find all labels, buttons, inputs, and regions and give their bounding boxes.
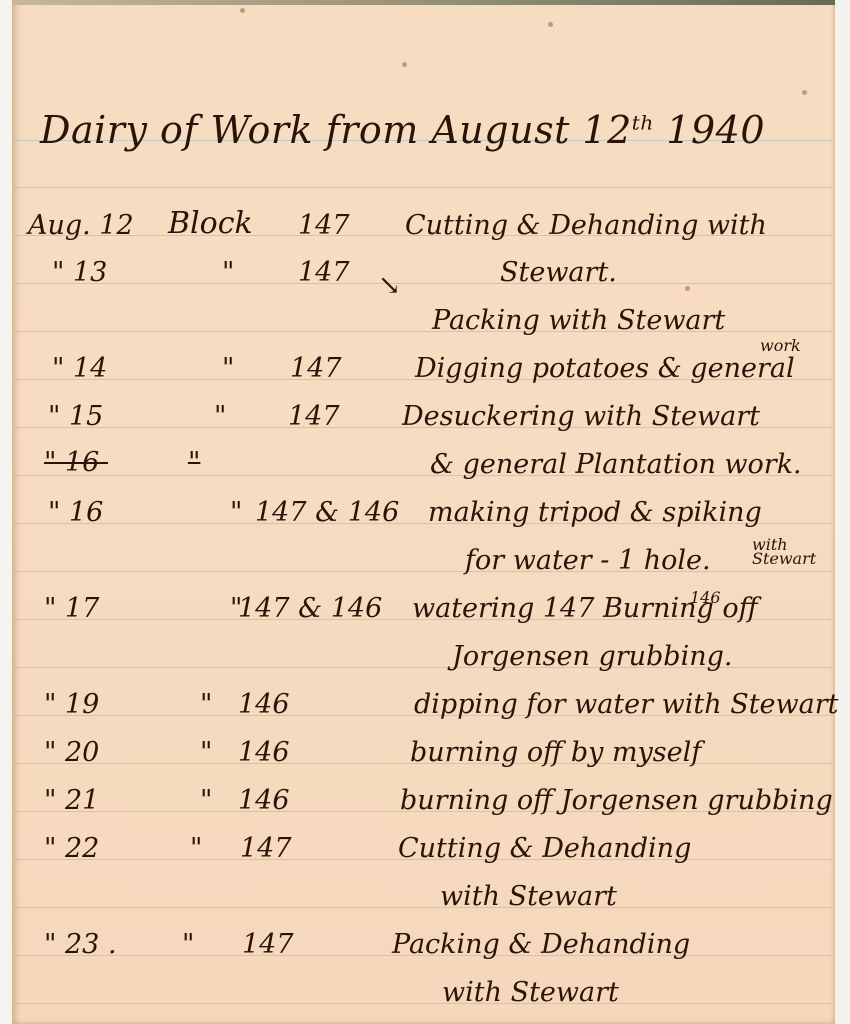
entry-block: 147 & 146 <box>238 593 382 624</box>
entry-date: " 22 <box>44 833 99 864</box>
ditto-mark: " <box>188 447 200 478</box>
entry-text: Packing & Dehanding <box>392 929 690 960</box>
entry-block: 146 <box>238 737 290 768</box>
scan-margin <box>835 0 850 1024</box>
struck-entry: " 16 " <box>44 447 220 478</box>
ruled-line <box>14 283 832 284</box>
ruled-line <box>14 1003 832 1004</box>
entry-date: Aug. 12 <box>28 210 134 241</box>
stain-spot <box>402 62 407 67</box>
entry-date: " 21 <box>44 785 99 816</box>
entry-date: " 17 <box>44 593 99 624</box>
entry-date: " 23 . <box>44 929 117 960</box>
ruled-line <box>14 187 832 188</box>
entry-block: 146 <box>238 689 290 720</box>
arrow-icon: ↘ <box>378 270 401 301</box>
entry-text: making tripod & spiking <box>428 497 762 528</box>
entry-block: 147 <box>242 929 294 960</box>
entry-date: " 16 <box>48 497 103 528</box>
entry-text: with Stewart <box>442 977 619 1008</box>
entry-text: Cutting & Dehanding <box>398 833 691 864</box>
entry-text: Cutting & Dehanding with <box>405 210 767 241</box>
entry-text: Digging potatoes & general <box>415 353 795 384</box>
ditto-mark: " <box>190 833 202 864</box>
insertion-note: work <box>760 336 801 355</box>
entry-block: 147 & 146 <box>255 497 399 528</box>
ruled-line <box>14 907 832 908</box>
entry-text: burning off by myself <box>410 737 701 768</box>
ditto-mark: " <box>200 689 212 720</box>
entry-text: with Stewart <box>440 881 617 912</box>
ditto-mark: " <box>182 929 194 960</box>
page-top-edge <box>12 0 835 5</box>
entry-block: 147 <box>288 401 340 432</box>
ditto-mark: " <box>214 401 226 432</box>
title-superscript: th <box>632 110 654 134</box>
title-text: Dairy of Work from August 12 <box>40 108 632 152</box>
ditto-mark: " <box>222 257 234 288</box>
stain-spot <box>240 8 245 13</box>
entry-text: Jorgensen grubbing. <box>452 641 732 672</box>
entry-date: " 19 <box>44 689 99 720</box>
entry-text: Packing with Stewart <box>432 305 725 336</box>
entry-date: " 15 <box>48 401 103 432</box>
ditto-mark: " <box>222 353 234 384</box>
insertion-note: with Stewart <box>752 538 832 566</box>
entry-block: 147 <box>240 833 292 864</box>
stain-spot <box>802 90 807 95</box>
entry-block: 147 <box>298 257 350 288</box>
entry-text: for water - 1 hole. <box>465 545 711 576</box>
block-label: Block <box>168 206 253 241</box>
entry-text: & general Plantation work. <box>430 449 802 480</box>
stain-spot <box>548 22 553 27</box>
ditto-mark: " <box>200 737 212 768</box>
entry-superscript: 146 <box>690 588 721 607</box>
entry-date: " 16 <box>44 447 99 478</box>
entry-text: Desuckering with Stewart <box>402 401 760 432</box>
entry-text: Stewart. <box>500 257 617 288</box>
stain-spot <box>685 286 690 291</box>
entry-block: 147 <box>290 353 342 384</box>
entry-date: " 13 <box>52 257 107 288</box>
page-title: Dairy of Work from August 12th 1940 <box>40 108 765 152</box>
entry-date: " 20 <box>44 737 99 768</box>
entry-text: dipping for water with Stewart <box>414 689 839 720</box>
entry-text: burning off Jorgensen grubbing <box>400 785 833 816</box>
ditto-mark: " <box>230 497 242 528</box>
ditto-mark: " <box>200 785 212 816</box>
entry-block: 146 <box>238 785 290 816</box>
entry-block: 147 <box>298 210 350 241</box>
entry-date: " 14 <box>52 353 107 384</box>
title-year: 1940 <box>666 108 765 152</box>
